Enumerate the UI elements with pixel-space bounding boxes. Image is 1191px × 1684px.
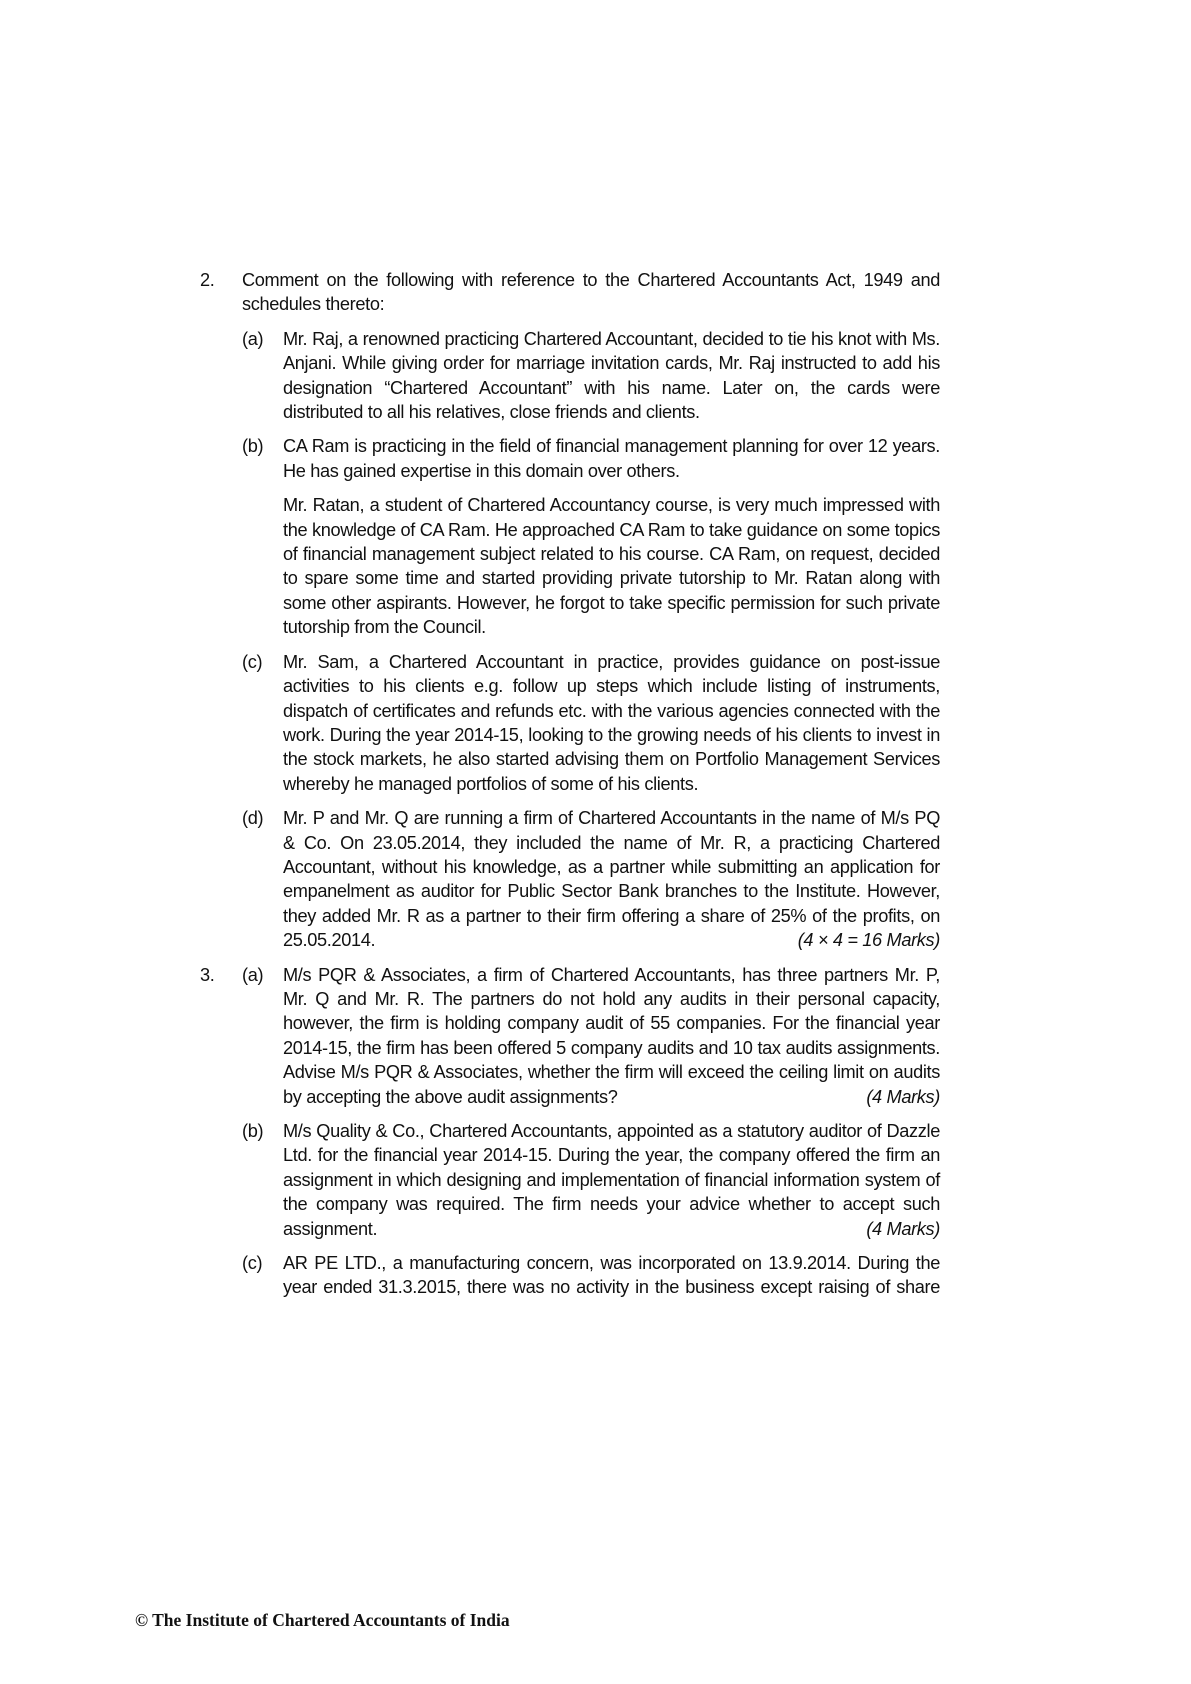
part-label: (a) xyxy=(242,327,263,351)
part-text-body: M/s Quality & Co., Chartered Accountants… xyxy=(283,1121,940,1239)
part-label: (b) xyxy=(242,1119,263,1143)
page-content: 2. Comment on the following with referen… xyxy=(200,268,940,1300)
part-text: Mr. P and Mr. Q are running a firm of Ch… xyxy=(283,806,940,952)
question-3-part-c: (c) AR PE LTD., a manufacturing concern,… xyxy=(242,1251,940,1300)
document-page: 2. Comment on the following with referen… xyxy=(0,0,1191,1684)
marks-label: (4 Marks) xyxy=(866,1217,940,1241)
question-number: 3. xyxy=(200,963,214,987)
question-2-part-a: (a) Mr. Raj, a renowned practicing Chart… xyxy=(242,327,940,425)
part-text: M/s Quality & Co., Chartered Accountants… xyxy=(283,1119,940,1241)
part-text: M/s PQR & Associates, a firm of Chartere… xyxy=(283,963,940,1109)
question-intro: Comment on the following with reference … xyxy=(242,268,940,317)
part-label: (d) xyxy=(242,806,263,830)
question-2-part-b: (b) CA Ram is practicing in the field of… xyxy=(242,434,940,639)
question-3-part-a: (a) M/s PQR & Associates, a firm of Char… xyxy=(242,963,940,1109)
part-text: CA Ram is practicing in the field of fin… xyxy=(283,434,940,483)
part-text: Mr. Ratan, a student of Chartered Accoun… xyxy=(283,493,940,639)
marks-label: (4 × 4 = 16 Marks) xyxy=(798,928,940,952)
part-text: Mr. Sam, a Chartered Accountant in pract… xyxy=(283,650,940,796)
question-2-part-c: (c) Mr. Sam, a Chartered Accountant in p… xyxy=(242,650,940,796)
part-label: (b) xyxy=(242,434,263,458)
part-text-body: M/s PQR & Associates, a firm of Chartere… xyxy=(283,965,940,1107)
question-3: 3. (a) M/s PQR & Associates, a firm of C… xyxy=(200,963,940,1300)
part-text: AR PE LTD., a manufacturing concern, was… xyxy=(283,1251,940,1300)
part-label: (c) xyxy=(242,1251,262,1275)
part-label: (a) xyxy=(242,963,263,987)
question-3-part-b: (b) M/s Quality & Co., Chartered Account… xyxy=(242,1119,940,1241)
question-2: 2. Comment on the following with referen… xyxy=(200,268,940,953)
copyright-footer: © The Institute of Chartered Accountants… xyxy=(135,1610,510,1631)
part-label: (c) xyxy=(242,650,262,674)
part-text: Mr. Raj, a renowned practicing Chartered… xyxy=(283,327,940,425)
question-number: 2. xyxy=(200,268,214,292)
question-2-part-d: (d) Mr. P and Mr. Q are running a firm o… xyxy=(242,806,940,952)
marks-label: (4 Marks) xyxy=(866,1085,940,1109)
